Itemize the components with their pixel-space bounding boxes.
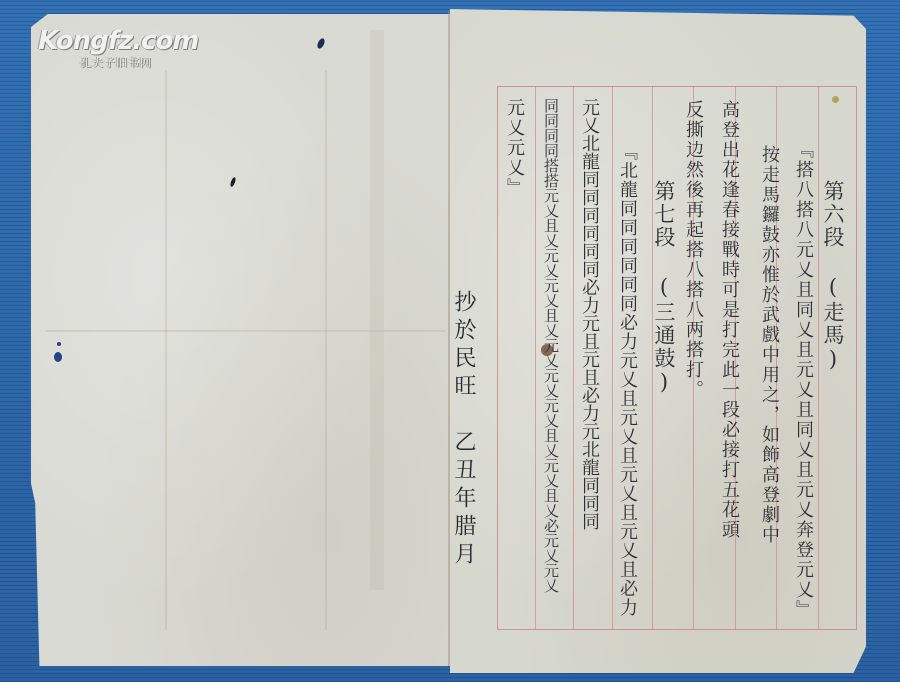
show-through-rule <box>165 70 167 630</box>
text-line: 高登出花逢春接戰時可是打完此一段必接打五花頭 <box>718 100 740 540</box>
ink-speck <box>57 342 61 346</box>
colophon-copyist: 抄於民旺 <box>452 290 474 402</box>
percussion-notation-line: 同同同同搭搭元乂且乂元乂元乂且乂元乂元乂元乂且乂元乂且乂必元乂元乂 <box>541 98 561 593</box>
page-fold <box>448 10 450 666</box>
show-through-rule <box>45 330 445 332</box>
show-through-rule <box>370 30 384 590</box>
column-rule <box>573 86 574 630</box>
percussion-notation-line: 元乂元乂』 <box>503 98 525 198</box>
text-line: 按走馬鑼鼓亦惟於武戲中用之，如飾高登劇中 <box>758 145 780 545</box>
column-rule <box>818 86 819 630</box>
column-rule <box>535 86 536 630</box>
percussion-notation-line: 『搭八搭八元乂且同乂且元乂且同乂且元乂奔登元乂』 <box>792 140 814 550</box>
percussion-notation-line: 元乂北龍同同同同同同必力元且元且必力元北龍同同同 <box>578 98 600 530</box>
column-rule <box>612 86 613 630</box>
show-through-rule <box>325 70 327 630</box>
percussion-notation-line: 『北龍同同同同同同必力元乂且元乂且元乂且元乂且必力 <box>616 142 638 617</box>
left-page <box>31 14 451 666</box>
section-heading-7: 第七段 (三通鼓) <box>653 180 675 396</box>
colophon-date: 乙丑年腊月 <box>452 430 474 570</box>
section-heading-6: 第六段 (走馬) <box>822 180 844 373</box>
ink-speck <box>54 352 62 362</box>
text-line: 反撕边然後再起搭八搭八两搭打。 <box>682 100 704 400</box>
